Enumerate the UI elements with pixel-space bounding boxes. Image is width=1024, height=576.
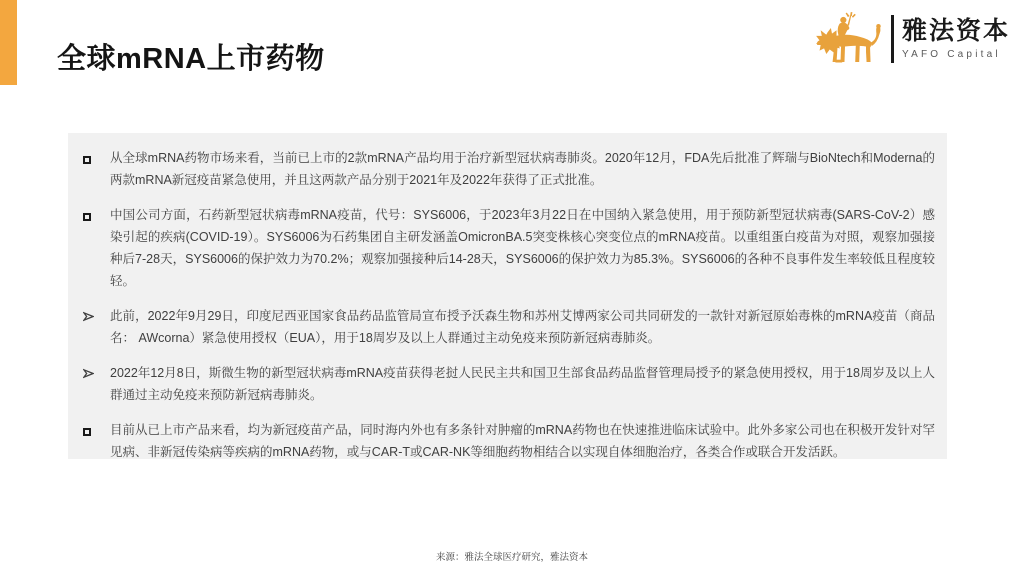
square-bullet-icon bbox=[83, 428, 91, 436]
yafo-capital-logo: 雅法资本 YAFO Capital bbox=[815, 10, 1010, 68]
bullet-item: 目前从已上市产品来看，均为新冠疫苗产品，同时海内外也有多条针对肿瘤的mRNA药物… bbox=[82, 419, 935, 463]
bullet-marker-cell bbox=[82, 305, 110, 349]
bullet-item: 中国公司方面，石药新型冠状病毒mRNA疫苗，代号：SYS6006，于2023年3… bbox=[82, 204, 935, 292]
arrow-bullet-icon bbox=[83, 368, 94, 379]
accent-bar bbox=[0, 0, 17, 85]
page-title: 全球mRNA上市药物 bbox=[57, 36, 325, 77]
bullet-text: 从全球mRNA药物市场来看，当前已上市的2款mRNA产品均用于治疗新型冠状病毒肺… bbox=[110, 147, 935, 191]
bullet-marker-cell bbox=[82, 204, 110, 292]
bullet-text: 此前，2022年9月29日，印度尼西亚国家食品药品监管局宣布授予沃森生物和苏州艾… bbox=[110, 305, 935, 349]
logo-name-en: YAFO Capital bbox=[902, 49, 1010, 60]
bullet-text: 中国公司方面，石药新型冠状病毒mRNA疫苗，代号：SYS6006，于2023年3… bbox=[110, 204, 935, 292]
logo-text: 雅法资本 YAFO Capital bbox=[902, 18, 1010, 60]
logo-name-cn: 雅法资本 bbox=[902, 18, 1010, 46]
logo-divider bbox=[891, 15, 894, 63]
bullet-item: 此前，2022年9月29日，印度尼西亚国家食品药品监管局宣布授予沃森生物和苏州艾… bbox=[82, 305, 935, 349]
bullet-marker-cell bbox=[82, 362, 110, 406]
bullet-item: 从全球mRNA药物市场来看，当前已上市的2款mRNA产品均用于治疗新型冠状病毒肺… bbox=[82, 147, 935, 191]
slide: 全球mRNA上市药物 bbox=[0, 0, 1024, 576]
bullet-text: 2022年12月8日，斯微生物的新型冠状病毒mRNA疫苗获得老挝人民民主共和国卫… bbox=[110, 362, 935, 406]
bullet-item: 2022年12月8日，斯微生物的新型冠状病毒mRNA疫苗获得老挝人民民主共和国卫… bbox=[82, 362, 935, 406]
content-panel: 从全球mRNA药物市场来看，当前已上市的2款mRNA产品均用于治疗新型冠状病毒肺… bbox=[68, 133, 947, 459]
bullet-marker-cell bbox=[82, 419, 110, 463]
arrow-bullet-icon bbox=[83, 311, 94, 322]
bullet-text: 目前从已上市产品来看，均为新冠疫苗产品，同时海内外也有多条针对肿瘤的mRNA药物… bbox=[110, 419, 935, 463]
lion-rider-logo-icon bbox=[815, 12, 883, 66]
bullet-marker-cell bbox=[82, 147, 110, 191]
square-bullet-icon bbox=[83, 213, 91, 221]
square-bullet-icon bbox=[83, 156, 91, 164]
source-note: 来源：雅法全球医疗研究，雅法资本 bbox=[0, 549, 1024, 563]
